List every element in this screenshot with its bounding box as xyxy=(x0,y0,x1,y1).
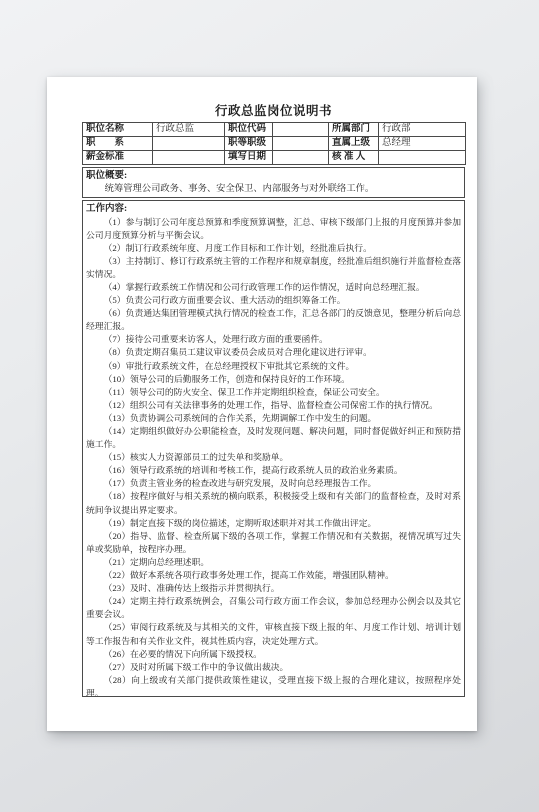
work-item: （26）在必要的情况下向所属下级授权。 xyxy=(86,648,461,661)
field-label-approver: 核 准 人 xyxy=(329,151,379,165)
work-item: （5）负责公司行政方面重要会议、重大活动的组织筹备工作。 xyxy=(86,294,461,307)
work-item: （9）审批行政系统文件，在总经理授权下审批其它系统的文件。 xyxy=(86,360,461,373)
work-item: （7）接待公司重要来访客人，处理行政方面的重要函件。 xyxy=(86,333,461,346)
work-item: （17）负责主管业务的检查改进与研究发展，及时向总经理报告工作。 xyxy=(86,477,461,490)
work-item: （1）参与制订公司年度总预算和季度预算调整，汇总、审核下级部门上报的月度预算并参… xyxy=(86,216,461,242)
work-item: （16）领导行政系统的培训和考核工作，提高行政系统人员的政治业务素质。 xyxy=(86,464,461,477)
field-value-department: 行政部 xyxy=(379,123,466,137)
field-label-department: 所属部门 xyxy=(329,123,379,137)
work-item: （2）制订行政系统年度、月度工作目标和工作计划，经批准后执行。 xyxy=(86,242,461,255)
work-item: （27）及时对所属下级工作中的争议做出裁决。 xyxy=(86,661,461,674)
field-label-supervisor: 直属上级 xyxy=(329,137,379,151)
work-item: （23）及时、准确传达上级指示并贯彻执行。 xyxy=(86,582,461,595)
field-row: 薪金标准 填写日期 核 准 人 xyxy=(83,151,466,165)
field-value-grade xyxy=(273,137,329,151)
work-content-label: 工作内容: xyxy=(86,203,461,216)
field-row: 职位名称 行政总监 职位代码 所属部门 行政部 xyxy=(83,123,466,137)
work-content-section: 工作内容: （1）参与制订公司年度总预算和季度预算调整，汇总、审核下级部门上报的… xyxy=(82,200,465,697)
field-label-salary: 薪金标准 xyxy=(83,151,153,165)
field-label-position-name: 职位名称 xyxy=(83,123,153,137)
field-row: 职 系 职等职级 直属上级 总经理 xyxy=(83,137,466,151)
work-item-list: （1）参与制订公司年度总预算和季度预算调整，汇总、审核下级部门上报的月度预算并参… xyxy=(86,216,461,698)
field-value-position-code xyxy=(273,123,329,137)
document-page: 行政总监岗位说明书 职位名称 行政总监 职位代码 所属部门 行政部 职 系 xyxy=(47,77,477,731)
field-value-position-name: 行政总监 xyxy=(153,123,225,137)
document-content: 行政总监岗位说明书 职位名称 行政总监 职位代码 所属部门 行政部 职 系 xyxy=(82,77,465,697)
field-value-approver xyxy=(379,151,466,165)
field-label-job-family: 职 系 xyxy=(83,137,153,151)
field-label-fill-date: 填写日期 xyxy=(225,151,273,165)
work-item: （8）负责定期召集员工建议审议委员会成员对合理化建议进行评审。 xyxy=(86,346,461,359)
work-item: （20）指导、监督、检查所属下级的各项工作，掌握工作情况和有关数据，视情况填写过… xyxy=(86,530,461,556)
work-item: （12）组织公司有关法律事务的处理工作，指导、监督检查公司保密工作的执行情况。 xyxy=(86,399,461,412)
work-item: （11）领导公司的防火安全、保卫工作并定期组织检查，保证公司安全。 xyxy=(86,386,461,399)
page-title: 行政总监岗位说明书 xyxy=(82,104,465,118)
work-item: （6）负责通达集团管理模式执行情况的检查工作，汇总各部门的反馈意见，整理分析后向… xyxy=(86,307,461,333)
summary-label: 职位概要: xyxy=(86,170,461,183)
work-item: （13）负责协调公司系统间的合作关系，先期调解工作中发生的问题。 xyxy=(86,412,461,425)
field-value-job-family xyxy=(153,137,225,151)
work-item: （4）掌握行政系统工作情况和公司行政管理工作的运作情况，适时向总经理汇报。 xyxy=(86,281,461,294)
work-item: （28）向上级或有关部门提供政策性建议，受理直接下级上报的合理化建议，按照程序处… xyxy=(86,674,461,697)
work-item: （24）定期主持行政系统例会，召集公司行政方面工作会议，参加总经理办公例会以及其… xyxy=(86,595,461,621)
field-label-grade: 职等职级 xyxy=(225,137,273,151)
summary-text: 统筹管理公司政务、事务、安全保卫、内部服务与对外联络工作。 xyxy=(86,183,461,196)
field-value-salary xyxy=(153,151,225,165)
summary-section: 职位概要: 统筹管理公司政务、事务、安全保卫、内部服务与对外联络工作。 xyxy=(82,167,465,198)
work-item: （22）做好本系统各项行政事务处理工作，提高工作效能，增强团队精神。 xyxy=(86,569,461,582)
work-item: （14）定期组织做好办公职能检查，及时发现问题、解决问题，同时督促做好纠正和预防… xyxy=(86,425,461,451)
work-item: （3）主持制订、修订行政系统主管的工作程序和规章制度，经批准后组织施行并监督检查… xyxy=(86,255,461,281)
fields-table: 职位名称 行政总监 职位代码 所属部门 行政部 职 系 职等职级 直属上级 总经… xyxy=(82,122,466,165)
work-item: （21）定期向总经理述职。 xyxy=(86,556,461,569)
work-item: （15）核实人力资源部员工的过失单和奖励单。 xyxy=(86,451,461,464)
work-item: （18）按程序做好与相关系统的横向联系，积极接受上级和有关部门的监督检查，及时对… xyxy=(86,490,461,516)
field-value-supervisor: 总经理 xyxy=(379,137,466,151)
work-item: （25）审阅行政系统及与其相关的文件，审核直接下级上报的年、月度工作计划、培训计… xyxy=(86,621,461,647)
work-item: （10）领导公司的后勤服务工作，创造和保持良好的工作环境。 xyxy=(86,373,461,386)
work-item: （19）制定直接下级的岗位描述，定期听取述职并对其工作做出评定。 xyxy=(86,517,461,530)
field-value-fill-date xyxy=(273,151,329,165)
field-label-position-code: 职位代码 xyxy=(225,123,273,137)
